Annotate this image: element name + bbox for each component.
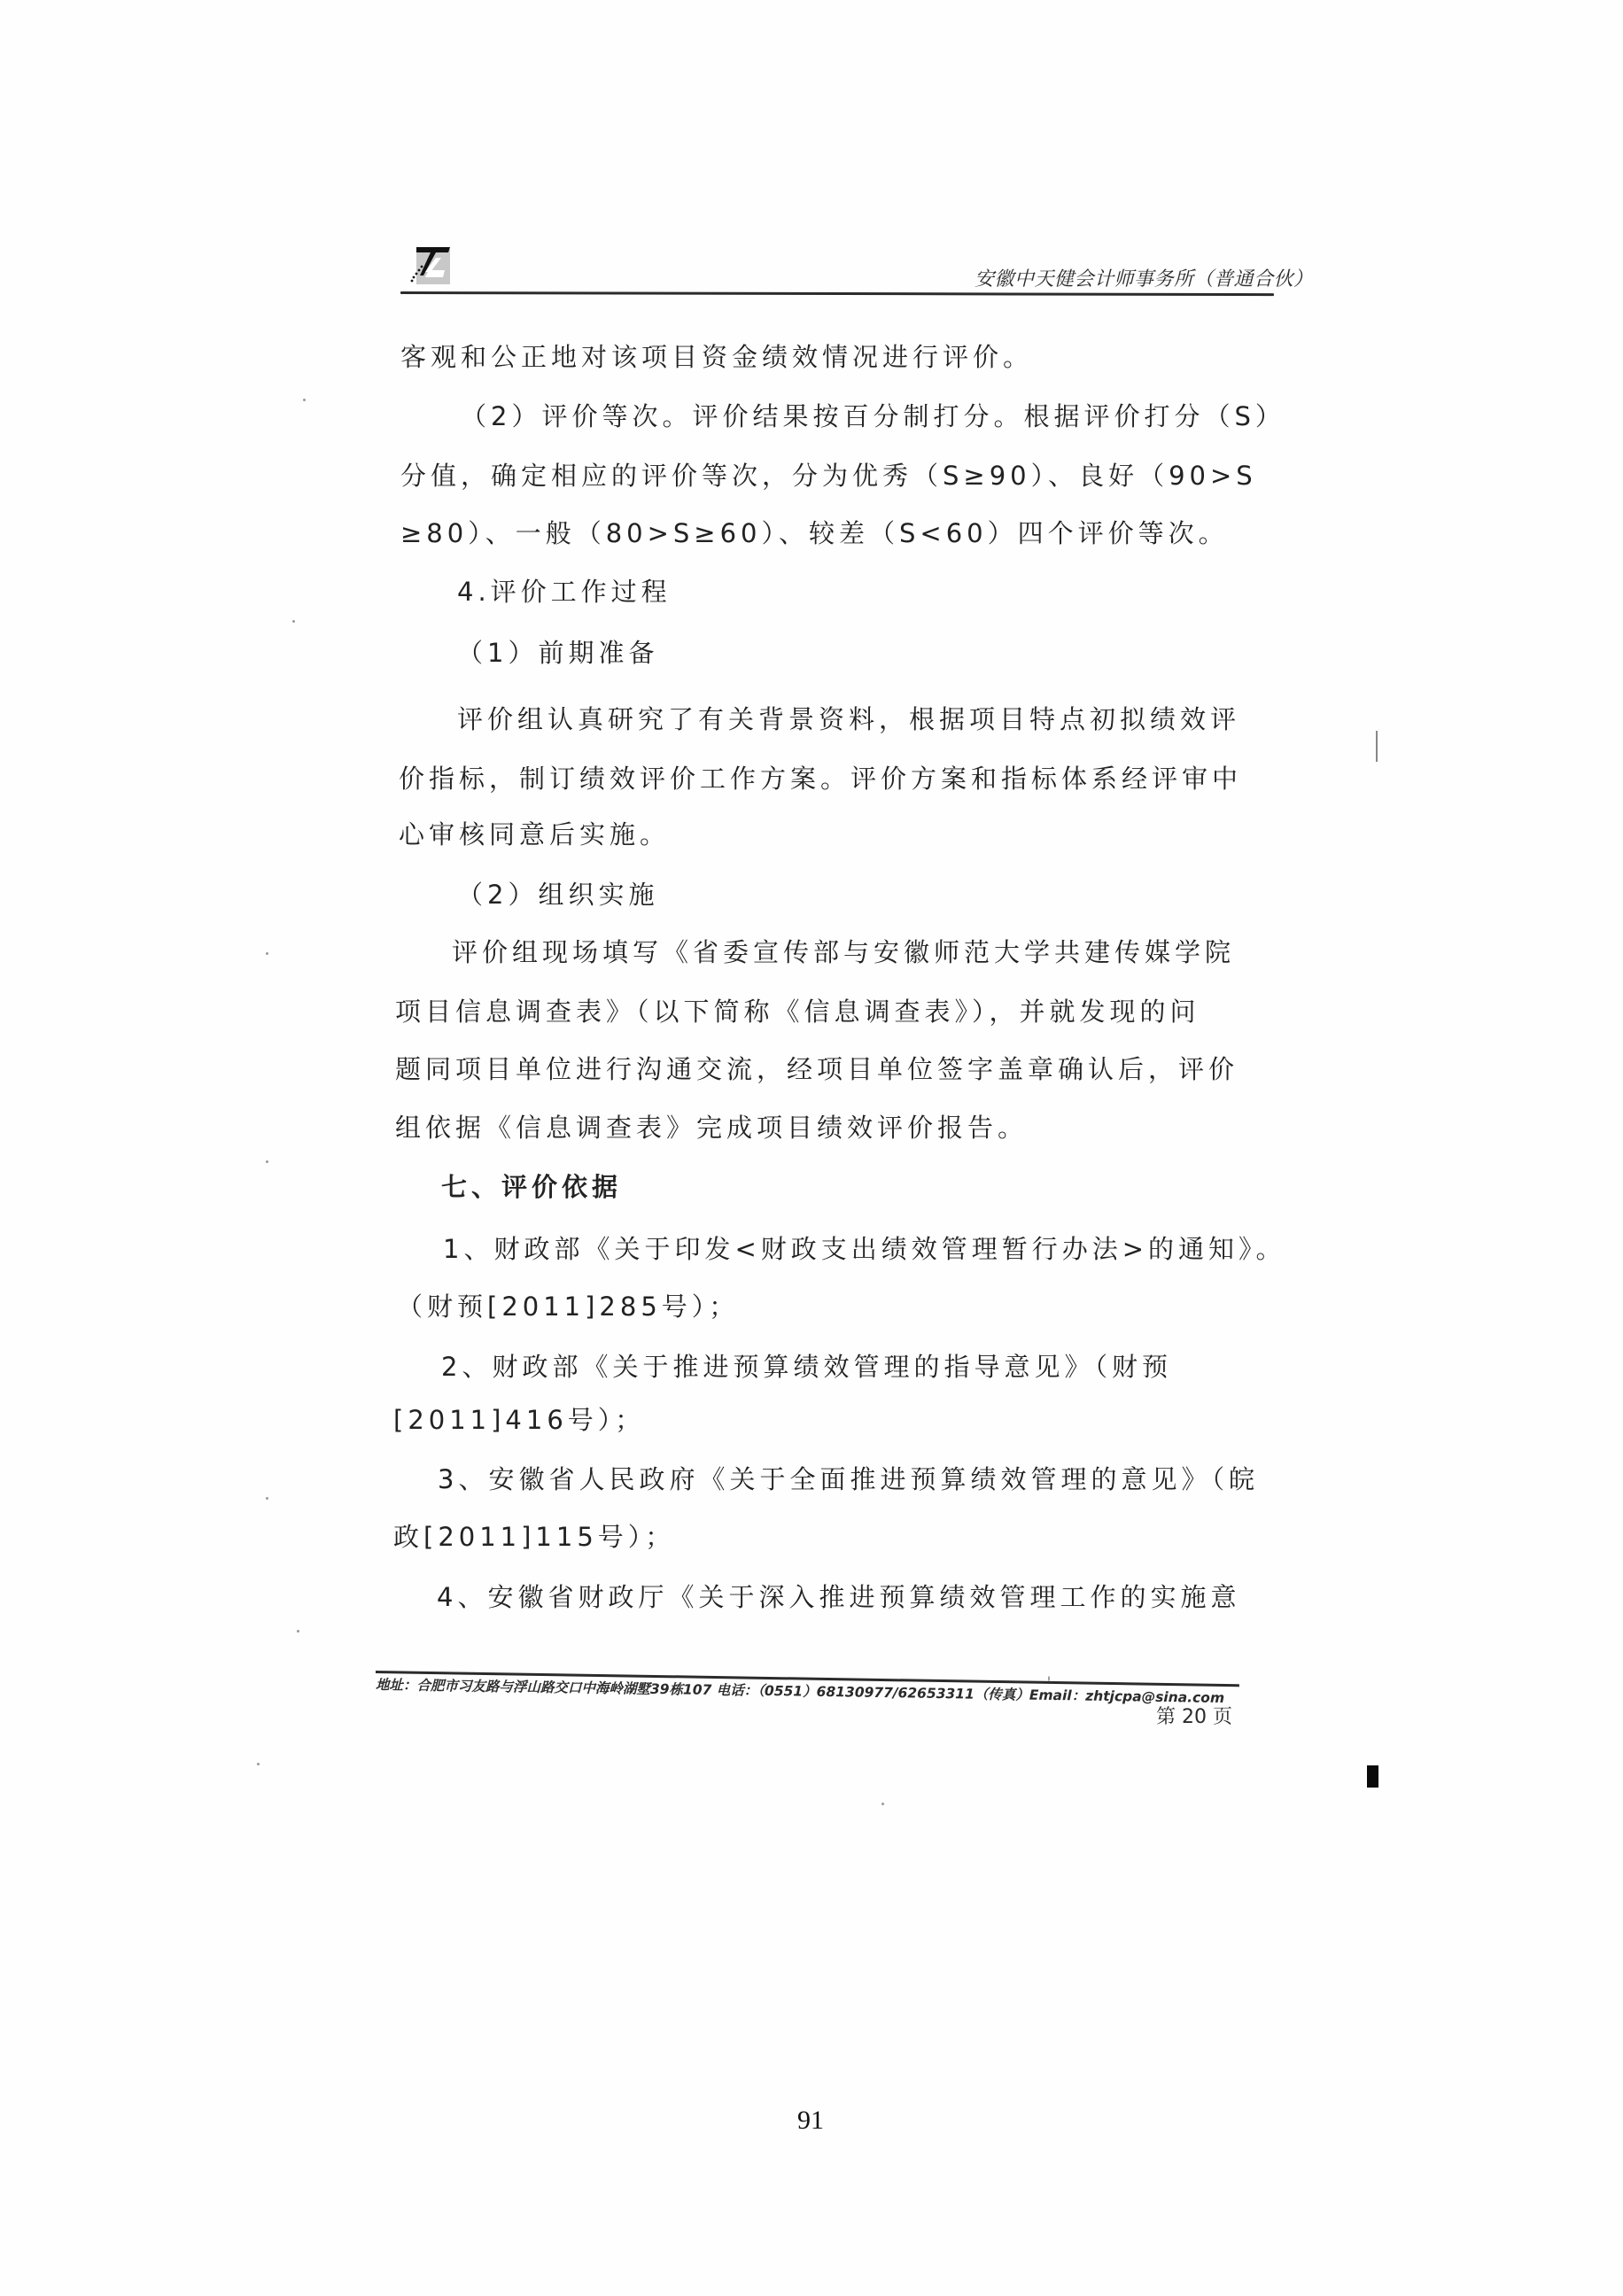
section-heading: 4.评价工作过程	[457, 576, 672, 608]
body-line: 组依据《信息调查表》完成项目绩效评价报告。	[395, 1112, 1028, 1144]
scan-mark	[1376, 731, 1378, 762]
subsection-heading: （1）前期准备	[457, 637, 658, 669]
scan-speck	[257, 1763, 260, 1765]
scan-speck	[881, 1803, 884, 1805]
basis-item-cont: 政[2011]115号）；	[393, 1521, 675, 1553]
body-line: 评价组认真研究了有关背景资料，根据项目特点初拟绩效评	[457, 703, 1240, 735]
body-line: （2）评价等次。评价结果按百分制打分。根据评价打分（S）	[461, 400, 1285, 432]
scan-speck	[266, 1497, 268, 1500]
body-line: 评价组现场填写《省委宣传部与安徽师范大学共建传媒学院	[452, 936, 1235, 968]
scan-speck	[292, 620, 295, 623]
firm-logo-icon	[409, 245, 452, 286]
scan-speck	[266, 952, 268, 955]
basis-item-cont: [2011]416号）；	[393, 1404, 645, 1436]
scan-speck	[1048, 1676, 1050, 1681]
basis-item: 4、安徽省财政厅《关于深入推进预算绩效管理工作的实施意	[437, 1581, 1240, 1613]
scan-speck	[303, 399, 306, 401]
footer-page-label: 第 20 页	[1156, 1702, 1232, 1729]
document-page: 安徽中天健会计师事务所（普通合伙） 客观和公正地对该项目资金绩效情况进行评价。 …	[0, 0, 1623, 2296]
subsection-heading: （2）组织实施	[457, 879, 658, 911]
header-divider	[400, 291, 1274, 296]
body-line: 客观和公正地对该项目资金绩效情况进行评价。	[400, 341, 1033, 373]
body-line: 价指标，制订绩效评价工作方案。评价方案和指标体系经评审中	[399, 763, 1242, 795]
body-line: 分值，确定相应的评价等次，分为优秀（S≥90）、良好（90>S	[400, 460, 1257, 492]
scan-speck	[297, 1630, 299, 1633]
page-number: 91	[797, 2106, 824, 2136]
chapter-heading: 七、评价依据	[441, 1171, 622, 1203]
header-firm-name: 安徽中天健会计师事务所（普通合伙）	[975, 264, 1271, 291]
body-line: ≥80）、一般（80>S≥60）、较差（S<60）四个评价等次。	[400, 517, 1229, 549]
body-line: 项目信息调查表》（以下简称《信息调查表》），并就发现的问	[395, 996, 1200, 1028]
scan-mark	[1367, 1765, 1378, 1788]
basis-item: 1、财政部《关于印发<财政支出绩效管理暂行办法>的通知》。	[443, 1233, 1286, 1265]
scan-speck	[266, 1160, 268, 1163]
body-line: 题同项目单位进行沟通交流，经项目单位签字盖章确认后，评价	[395, 1053, 1239, 1085]
basis-item-cont: （财预[2011]285号）；	[397, 1291, 739, 1323]
body-line: 心审核同意后实施。	[399, 818, 670, 850]
basis-item: 3、安徽省人民政府《关于全面推进预算绩效管理的意见》（皖	[438, 1463, 1259, 1495]
basis-item: 2、财政部《关于推进预算绩效管理的指导意见》（财预	[441, 1351, 1172, 1383]
